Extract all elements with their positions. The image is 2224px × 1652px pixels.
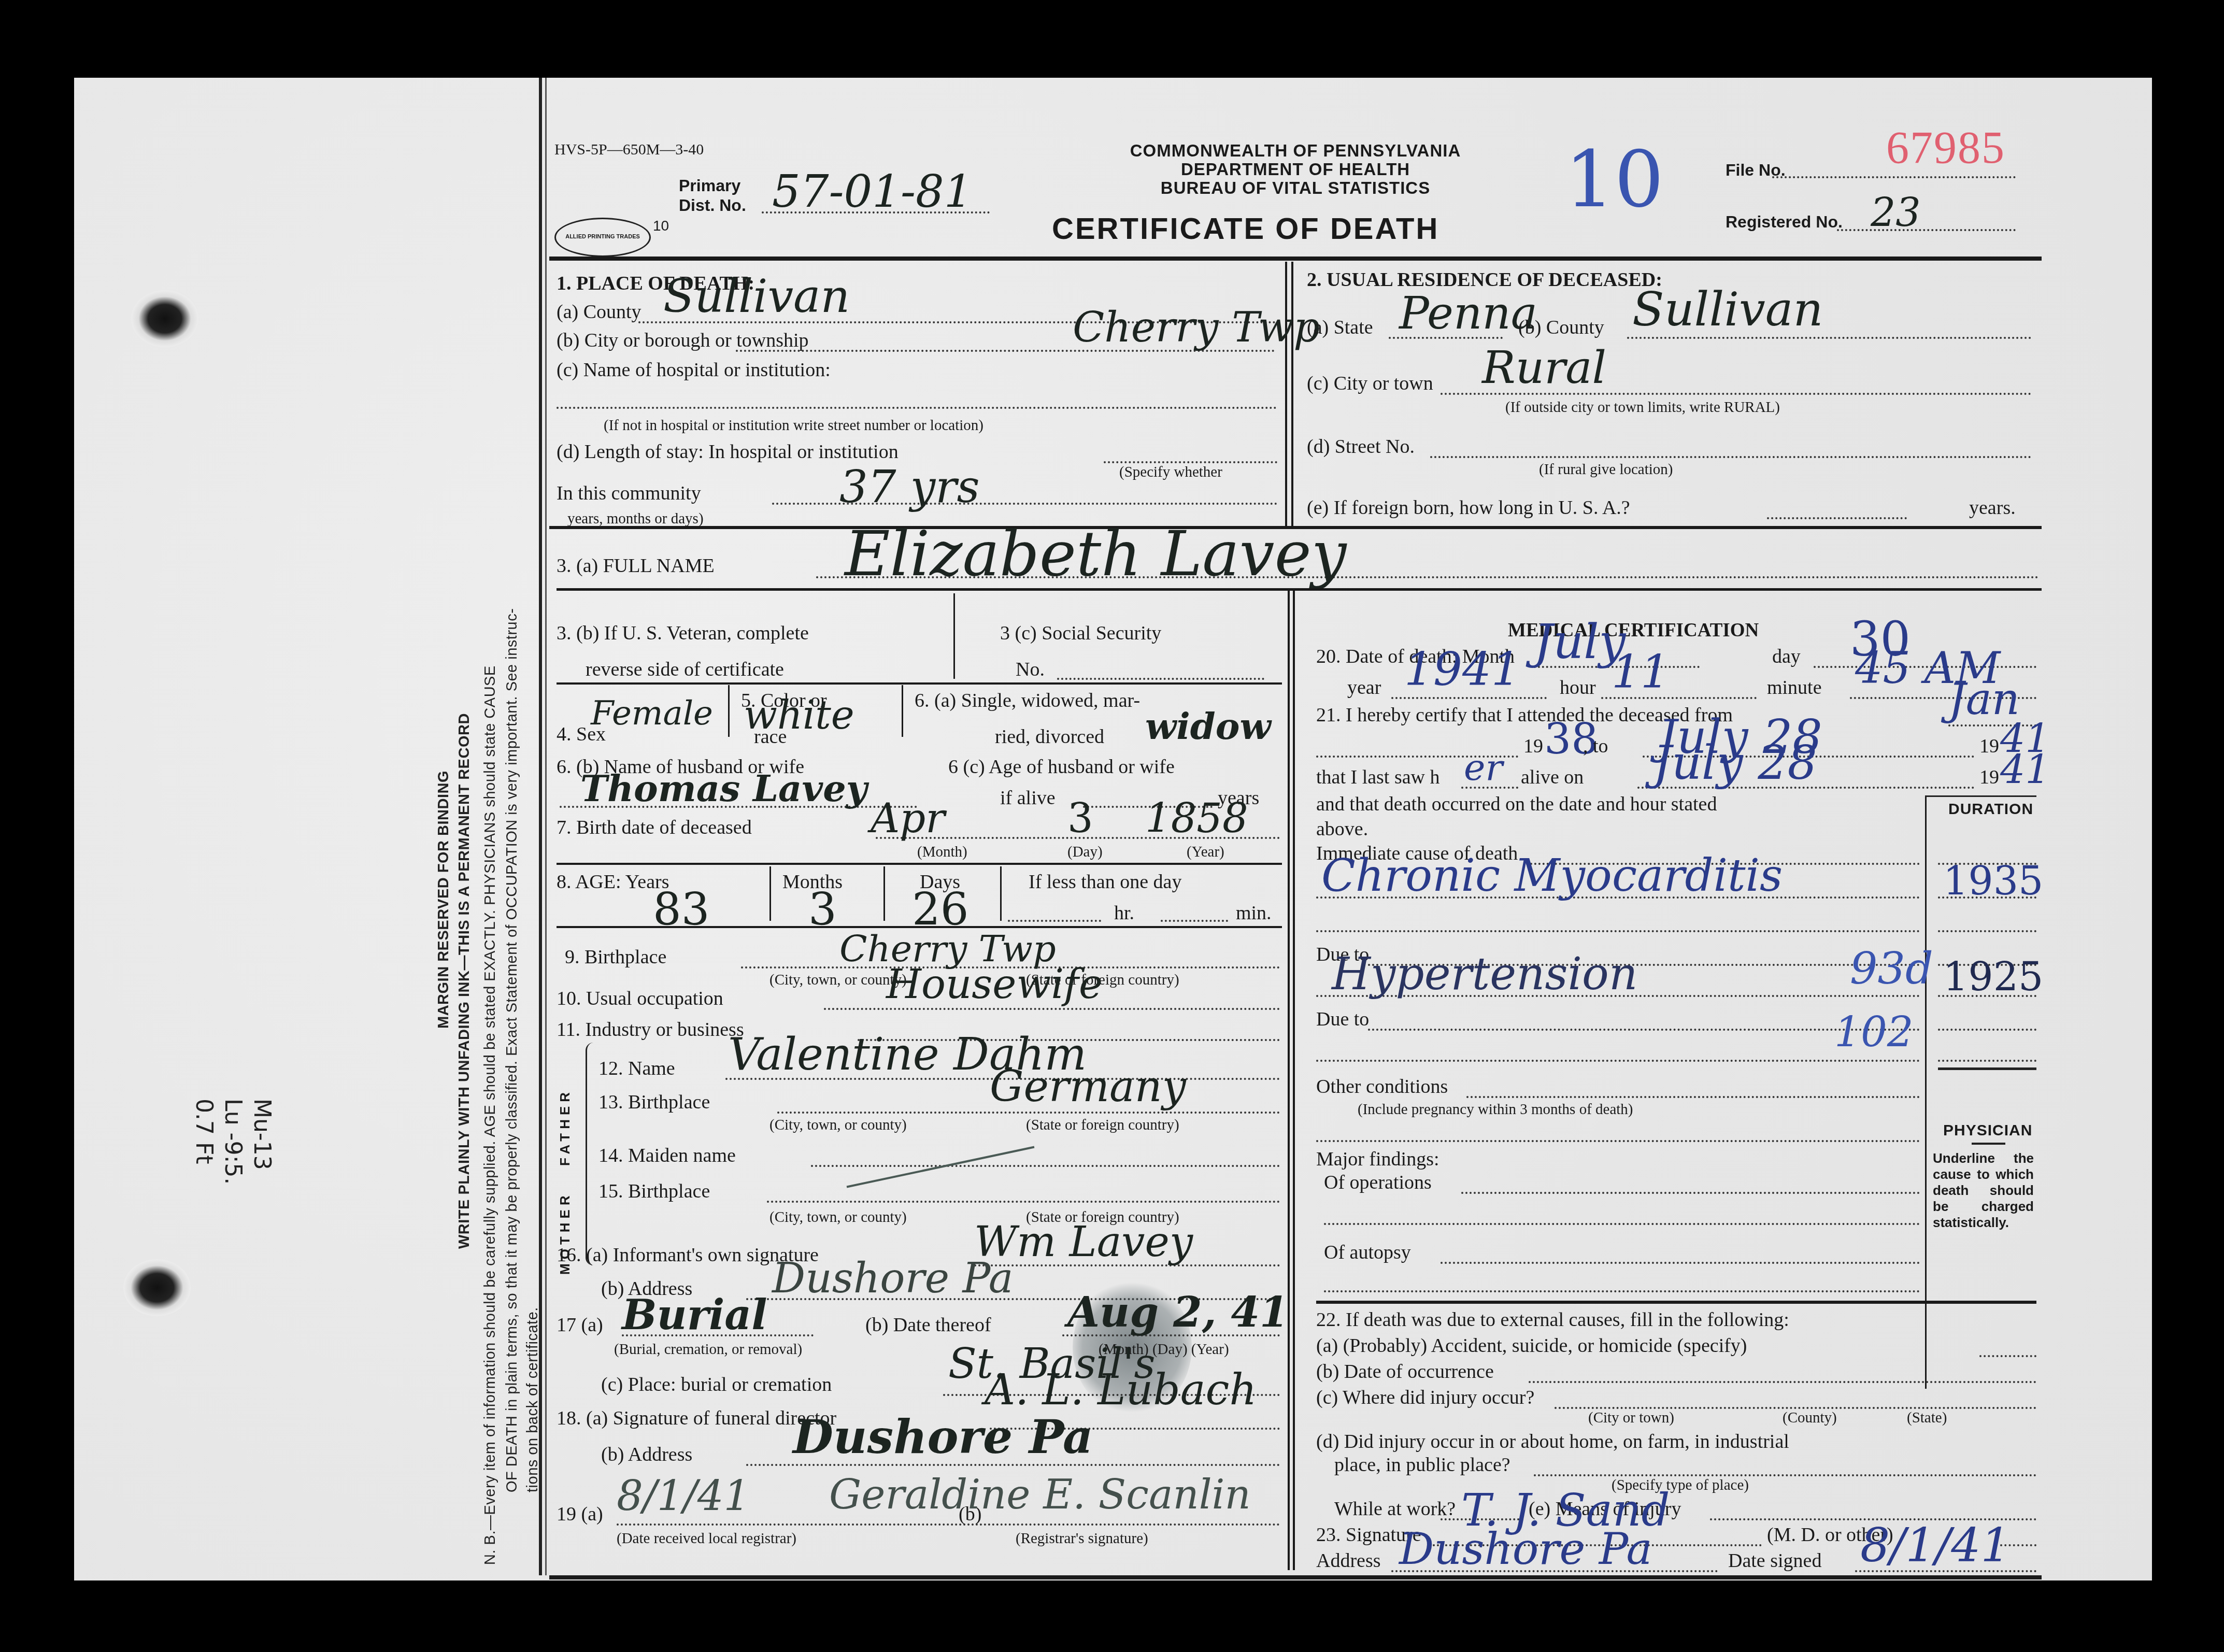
- veteran-label-2: reverse side of certificate: [586, 658, 784, 681]
- father-birthplace-value[interactable]: Germany: [990, 1062, 1186, 1112]
- margin-instructions: MARGIN RESERVED FOR BINDING WRITE PLAINL…: [415, 171, 534, 1570]
- nb-instruction-line-2: OF DEATH in plain terms, so that it may …: [504, 608, 521, 1492]
- file-no-value[interactable]: 67985: [1886, 122, 2005, 174]
- external-d-label-2: place, in public place?: [1334, 1454, 1510, 1476]
- attended-to-year-prefix: 19: [1979, 735, 1999, 758]
- specify-note: (Specify whether: [1119, 464, 1222, 481]
- external-c-state: (State): [1907, 1409, 1947, 1427]
- disposal-caption: (Burial, cremation, or removal): [614, 1341, 802, 1358]
- pencil-note-2: Lu -9:5.: [218, 1099, 247, 1185]
- disposal-date-label: (b) Date thereof: [865, 1314, 991, 1336]
- disposal-label: 17 (a): [557, 1314, 603, 1336]
- informant-address-value[interactable]: Dushore Pa: [772, 1254, 1013, 1302]
- last-saw-year-prefix: 19: [1979, 766, 1999, 789]
- death-day-label: day: [1772, 645, 1801, 668]
- residence-county-value[interactable]: Sullivan: [1632, 282, 1823, 337]
- nb-instruction-line-1: N. B.—Every item of information should b…: [482, 665, 499, 1565]
- father-state-caption: (State or foreign country): [1026, 1117, 1179, 1134]
- punch-hole-top: [131, 290, 198, 347]
- burial-place-label: (c) Place: burial or cremation: [601, 1373, 832, 1396]
- pregnancy-note: (Include pregnancy within 3 months of de…: [1358, 1101, 1633, 1118]
- physician-address-value[interactable]: Dushore Pa: [1399, 1523, 1652, 1574]
- other-conditions-label: Other conditions: [1316, 1075, 1448, 1098]
- other-conditions-line: [1466, 1096, 1920, 1098]
- occupation-label: 10. Usual occupation: [557, 987, 723, 1010]
- stay-line: [1104, 461, 1277, 463]
- external-d-line: [1534, 1474, 2036, 1476]
- community-value[interactable]: 37 yrs: [839, 461, 980, 513]
- due-to-2-line-b: [1316, 1060, 1920, 1062]
- external-d-label-1: (d) Did injury occur in or about home, o…: [1316, 1430, 1789, 1453]
- hospital-label: (c) Name of hospital or institution:: [557, 359, 831, 381]
- duration-bottom-rule: [1938, 1067, 2036, 1070]
- last-saw-value[interactable]: July 28: [1653, 736, 1817, 790]
- death-year-line: [1391, 697, 1547, 699]
- last-saw-pronoun[interactable]: er: [1464, 746, 1503, 789]
- street-label: (d) Street No.: [1307, 435, 1415, 458]
- external-b-line: [1529, 1381, 2036, 1383]
- age-divider-1: [769, 866, 771, 921]
- margin-reserved-text: MARGIN RESERVED FOR BINDING: [435, 771, 452, 1029]
- industry-label: 11. Industry or business: [557, 1018, 744, 1041]
- disposal-date-value[interactable]: Aug 2, 41: [1067, 1288, 1289, 1336]
- name-rule: [557, 588, 2042, 591]
- operations-line-b: [1324, 1223, 1920, 1225]
- marital-label-2: ried, divorced: [995, 725, 1104, 748]
- foreign-born-suffix: years.: [1969, 496, 2016, 519]
- stay-label: (d) Length of stay: In hospital or insti…: [557, 440, 899, 463]
- mother-birthplace-label: 15. Birthplace: [598, 1180, 710, 1203]
- due-to-duration-value[interactable]: 1925: [1943, 953, 2043, 1000]
- spouse-age-label-2: if alive: [1000, 787, 1056, 809]
- veteran-divider: [953, 593, 955, 679]
- less-day-label: If less than one day: [1029, 871, 1181, 893]
- at-work-label: While at work?: [1334, 1498, 1456, 1520]
- registrar-line: [617, 1523, 1280, 1526]
- certificate-title: CERTIFICATE OF DEATH: [1052, 211, 1439, 246]
- statement-line-1: and that death occurred on the date and …: [1316, 793, 1717, 816]
- union-seal-number: 10: [653, 218, 669, 234]
- residence-county-line: [1627, 337, 2031, 339]
- ssn-label-2: No.: [1016, 658, 1045, 681]
- hospital-note: (If not in hospital or institution write…: [604, 417, 983, 434]
- duration-top-rule: [1925, 795, 2036, 797]
- age-divider-3: [1000, 866, 1002, 921]
- birth-rule: [557, 863, 1282, 865]
- date-signed-label: Date signed: [1728, 1549, 1821, 1572]
- veteran-label-1: 3. (b) If U. S. Veteran, complete: [557, 622, 809, 645]
- major-findings-label: Major findings:: [1316, 1148, 1439, 1171]
- to-label: , to: [1583, 735, 1608, 758]
- physician-address-label: Address: [1316, 1549, 1381, 1572]
- statement-line-2: above.: [1316, 818, 1368, 841]
- marital-value[interactable]: widow: [1145, 705, 1271, 748]
- blue-annotation: 10: [1565, 135, 1664, 225]
- external-rule: [1316, 1301, 2036, 1304]
- month-caption: (Month): [917, 844, 967, 861]
- external-c-line: [1555, 1407, 2036, 1409]
- form-code: HVS-5P—650M—3-40: [554, 141, 704, 159]
- due-to-2-label: Due to: [1316, 1008, 1369, 1031]
- pencil-note-1: Mu-13: [247, 1099, 276, 1185]
- foreign-born-label: (e) If foreign born, how long in U. S. A…: [1307, 496, 1630, 519]
- disposal-value[interactable]: Burial: [622, 1290, 767, 1339]
- registrar-signature-value[interactable]: Geraldine E. Scanlin: [829, 1472, 1251, 1518]
- operations-line: [1461, 1192, 1920, 1194]
- hospital-line: [557, 407, 1277, 409]
- sex-divider: [728, 685, 730, 737]
- immediate-duration-value[interactable]: 1935: [1943, 858, 2043, 904]
- alive-on-label: alive on: [1521, 766, 1584, 789]
- immediate-cause-line-c: [1316, 930, 1920, 932]
- residence-state-value[interactable]: Penna: [1399, 288, 1537, 339]
- age-years-label: 8. AGE: Years: [557, 871, 669, 893]
- external-heading: 22. If death was due to external causes,…: [1316, 1308, 1789, 1331]
- pencil-note-3: 0.7 Ft: [189, 1099, 218, 1185]
- external-b-label: (b) Date of occurrence: [1316, 1360, 1494, 1383]
- punch-hole-bottom: [123, 1259, 191, 1316]
- physician-dash: [1972, 1143, 2005, 1145]
- birth-month-value[interactable]: Apr: [871, 795, 945, 842]
- full-name-value[interactable]: Elizabeth Lavey: [845, 518, 1346, 590]
- duration-divider: [1925, 795, 1927, 1389]
- registered-no-label: Registered No.: [1726, 212, 1843, 232]
- external-c-county: (County): [1783, 1409, 1837, 1427]
- registered-no-value[interactable]: 23: [1871, 189, 1921, 235]
- death-county-label: (a) County: [557, 301, 641, 323]
- hr-label: hr.: [1114, 902, 1134, 924]
- residence-city-value[interactable]: Rural: [1482, 342, 1606, 394]
- autopsy-line: [1441, 1262, 1920, 1264]
- ssn-line: [1057, 678, 1264, 680]
- external-a-label: (a) (Probably) Accident, suicide, or hom…: [1316, 1334, 1747, 1357]
- residence-county-label: (b) County: [1518, 316, 1604, 339]
- hours-line: [1008, 920, 1101, 922]
- community-label: In this community: [557, 482, 701, 505]
- binding-rule: [539, 78, 542, 1575]
- pencil-margin-notes: Mu-13 Lu -9:5. 0.7 Ft: [189, 1099, 276, 1185]
- binding-rule-inner: [545, 78, 547, 1575]
- registrar-date-caption: (Date received local registrar): [617, 1530, 796, 1547]
- father-city-caption: (City, town, or county): [769, 1117, 907, 1134]
- other-conditions-line-b: [1316, 1140, 1920, 1142]
- external-a-line: [1979, 1355, 2036, 1357]
- funeral-address-label: (b) Address: [601, 1443, 692, 1466]
- veteran-rule: [557, 682, 1282, 685]
- death-hour-label: hour: [1560, 676, 1596, 699]
- funeral-address-value[interactable]: Dushore Pa: [793, 1409, 1093, 1464]
- ssn-label-1: 3 (c) Social Security: [1000, 622, 1161, 645]
- duration-heading: DURATION: [1948, 801, 2033, 818]
- father-tag: FATHER: [557, 1088, 573, 1166]
- parent-bracket: [586, 1043, 593, 1265]
- residence-city-note: (If outside city or town limits, write R…: [1505, 399, 1780, 416]
- registrar-label: 19 (a): [557, 1503, 603, 1526]
- duration-line-c: [1938, 930, 2036, 932]
- date-signed-value[interactable]: 8/1/41: [1860, 1518, 2011, 1573]
- race-divider: [902, 685, 903, 737]
- department-heading: DEPARTMENT OF HEALTH: [1114, 160, 1477, 179]
- full-name-label: 3. (a) FULL NAME: [557, 554, 715, 577]
- commonwealth-heading: COMMONWEALTH OF PENNSYLVANIA: [1114, 141, 1477, 161]
- duration-line-f: [1938, 1029, 2036, 1031]
- attended-year-prefix: 19: [1523, 735, 1543, 758]
- primary-label: Primary: [679, 176, 740, 195]
- duration-line-g: [1938, 1060, 2036, 1062]
- operations-label: Of operations: [1324, 1171, 1432, 1194]
- residence-state-label: (a) State: [1307, 316, 1373, 339]
- street-note: (If rural give location): [1539, 461, 1673, 478]
- marital-label-1: 6. (a) Single, widowed, mar-: [915, 689, 1140, 712]
- occupation-line: [824, 1008, 1280, 1010]
- mother-city-caption: (City, town, or county): [769, 1209, 907, 1226]
- color-value[interactable]: white: [744, 692, 854, 738]
- father-birthplace-label: 13. Birthplace: [598, 1091, 710, 1114]
- registrar-sig-caption: (Registrar's signature): [1016, 1530, 1148, 1547]
- write-plainly-text: WRITE PLAINLY WITH UNFADING INK—THIS IS …: [456, 713, 473, 1249]
- min-label: min.: [1236, 902, 1272, 924]
- physician-heading: PHYSICIAN: [1943, 1122, 2032, 1140]
- cause-code-2[interactable]: 102: [1834, 1008, 1914, 1056]
- file-no-line: [1772, 176, 2016, 178]
- death-city-value[interactable]: Cherry Twp: [1073, 303, 1320, 351]
- dist-no-value[interactable]: 57-01-81: [772, 166, 972, 218]
- sex-value[interactable]: Female: [591, 694, 713, 733]
- mother-maiden-line: [811, 1165, 1280, 1167]
- section-divider-2: [1291, 262, 1293, 526]
- mother-birthplace-line: [767, 1201, 1280, 1203]
- external-c-city: (City or town): [1588, 1409, 1674, 1427]
- bureau-heading: BUREAU OF VITAL STATISTICS: [1114, 178, 1477, 198]
- occupation-value[interactable]: Housewife: [886, 961, 1103, 1008]
- street-line: [1430, 456, 2031, 458]
- birth-date-label: 7. Birth date of deceased: [557, 816, 752, 839]
- union-label-seal: ALLIED PRINTING TRADES UNION LABEL COUNC…: [554, 218, 651, 257]
- registered-no-line: [1837, 229, 2016, 231]
- father-name-label: 12. Name: [598, 1057, 675, 1080]
- section-divider: [1285, 262, 1287, 526]
- mother-birthplace-dash: [847, 1146, 1035, 1188]
- death-county-value[interactable]: Sullivan: [663, 269, 850, 323]
- foreign-born-line: [1767, 517, 1907, 519]
- death-city-label: (b) City or borough or township: [557, 329, 809, 352]
- certificate-form: HVS-5P—650M—3-40 Primary Dist. No. 57-01…: [549, 124, 2042, 1575]
- birth-day-value[interactable]: 3: [1067, 795, 1093, 842]
- immediate-cause-value[interactable]: Chronic Myocarditis: [1321, 850, 1783, 902]
- birthplace-label: 9. Birthplace: [565, 946, 666, 969]
- physician-note: Underline the cause to which death shoul…: [1933, 1150, 2034, 1231]
- due-to-value[interactable]: Hypertension: [1332, 948, 1637, 1000]
- funeral-director-value[interactable]: A. L. Lubach: [985, 1365, 1257, 1415]
- year-caption: (Year): [1187, 844, 1224, 861]
- day-caption: (Day): [1067, 844, 1103, 861]
- medical-divider-2: [1293, 591, 1295, 1570]
- header-rule: [549, 257, 2042, 261]
- death-minute-label: minute: [1767, 676, 1822, 699]
- autopsy-label: Of autopsy: [1324, 1241, 1411, 1264]
- death-hour-value[interactable]: 11: [1612, 645, 1670, 699]
- medical-divider: [1288, 591, 1290, 1570]
- spouse-value[interactable]: Thomas Lavey: [580, 767, 867, 810]
- last-saw-year[interactable]: 41: [2000, 746, 2050, 792]
- death-year-label: year: [1347, 676, 1381, 699]
- residence-city-label: (c) City or town: [1307, 372, 1433, 395]
- dist-no-label: Dist. No.: [679, 196, 746, 215]
- external-c-label: (c) Where did injury occur?: [1316, 1386, 1534, 1409]
- community-note: years, months or days): [567, 510, 704, 528]
- last-saw-label: that I last saw h: [1316, 766, 1440, 789]
- father-birthplace-line: [777, 1112, 1280, 1114]
- age-divider-2: [883, 866, 885, 921]
- spouse-age-label-1: 6 (c) Age of husband or wife: [948, 756, 1175, 778]
- bottom-rule: [549, 1575, 2042, 1579]
- autopsy-line-b: [1324, 1290, 1920, 1292]
- birth-year-value[interactable]: 1858: [1145, 795, 1248, 842]
- minutes-line: [1161, 920, 1228, 922]
- mother-maiden-label: 14. Maiden name: [598, 1144, 736, 1167]
- cause-code-1[interactable]: 93d: [1850, 943, 1933, 994]
- registrar-date-value[interactable]: 8/1/41: [617, 1472, 750, 1520]
- death-year-value[interactable]: 1941: [1404, 643, 1520, 696]
